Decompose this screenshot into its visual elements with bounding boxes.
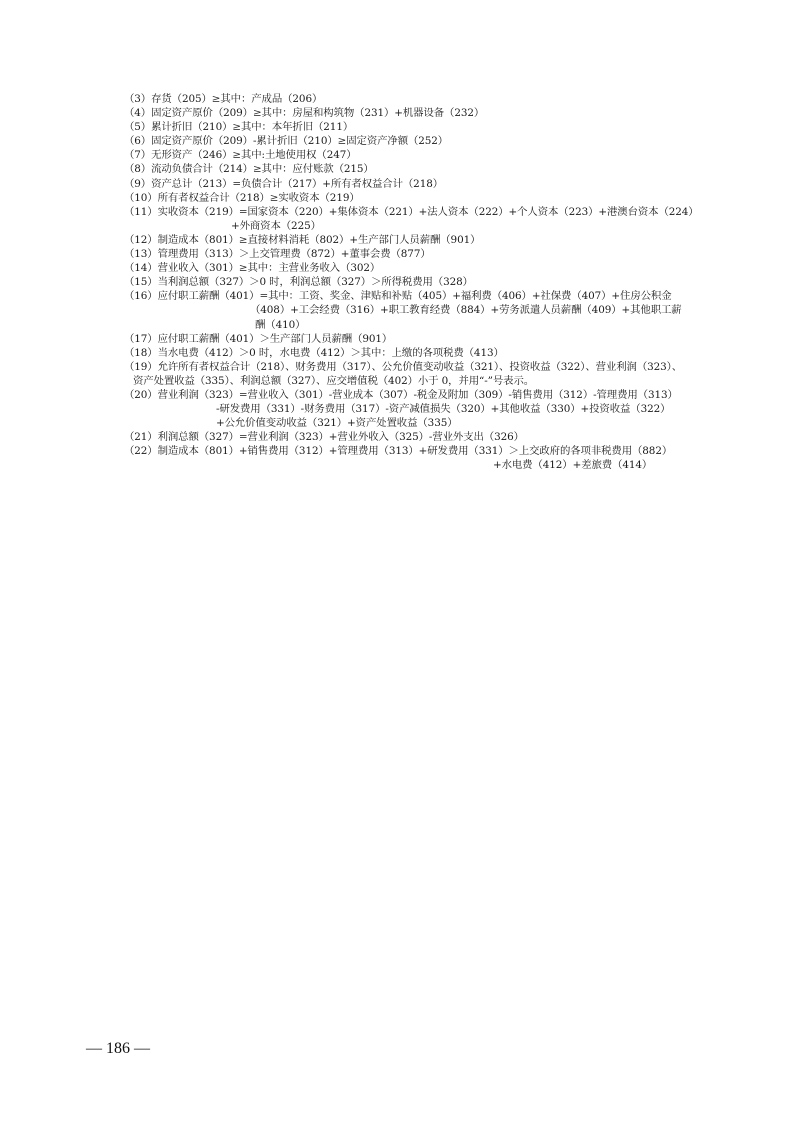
rule-item: （10）所有者权益合计（218）≥实收资本（219） <box>124 191 704 205</box>
rule-text: （21）利润总额（327）=营业利润（323）+营业外收入（325）-营业外支出… <box>124 430 704 444</box>
rule-item: （9）资产总计（213）=负债合计（217）+所有者权益合计（218） <box>124 177 704 191</box>
rule-item: （6）固定资产原价（209）-累计折旧（210）≥固定资产净额（252） <box>124 134 704 148</box>
rule-text: （6）固定资产原价（209）-累计折旧（210）≥固定资产净额（252） <box>124 134 704 148</box>
rule-item: （7）无形资产（246）≥其中:土地使用权（247） <box>124 148 704 162</box>
rule-text: （14）营业收入（301）≥其中：主营业务收入（302） <box>124 261 704 275</box>
rule-text: （17）应付职工薪酬（401）＞生产部门人员薪酬（901） <box>124 332 704 346</box>
rule-text: （13）管理费用（313）＞上交管理费（872）+董事会费（877） <box>124 247 704 261</box>
rule-text: （4）固定资产原价（209）≥其中：房屋和构筑物（231）+机器设备（232） <box>124 106 704 120</box>
rule-item: （13）管理费用（313）＞上交管理费（872）+董事会费（877） <box>124 247 704 261</box>
rule-text: （5）累计折旧（210）≥其中：本年折旧（211） <box>124 120 704 134</box>
rule-text: （18）当水电费（412）＞0 时，水电费（412）＞其中：上缴的各项税费（41… <box>124 346 704 360</box>
rules-list: （3）存货（205）≥其中：产成品（206）（4）固定资产原价（209）≥其中：… <box>124 92 704 473</box>
rule-item: （8）流动负债合计（214）≥其中：应付账款（215） <box>124 162 704 176</box>
rule-item: （4）固定资产原价（209）≥其中：房屋和构筑物（231）+机器设备（232） <box>124 106 704 120</box>
rule-item: （3）存货（205）≥其中：产成品（206） <box>124 92 704 106</box>
rule-item: （11）实收资本（219）=国家资本（220）+集体资本（221）+法人资本（2… <box>124 205 704 233</box>
rule-text: （11）实收资本（219）=国家资本（220）+集体资本（221）+法人资本（2… <box>124 205 704 219</box>
rule-text: （20）营业利润（323）=营业收入（301）-营业成本（307）-税金及附加（… <box>124 388 704 402</box>
rule-text-continuation: -研发费用（331）-财务费用（317）-资产减值损失（320）+其他收益（33… <box>124 402 704 416</box>
rule-text: （8）流动负债合计（214）≥其中：应付账款（215） <box>124 162 704 176</box>
rule-text-continuation: （408）+工会经费（316）+职工教育经费（884）+劳务派遣人员薪酬（409… <box>124 303 704 317</box>
rule-item: （19）允许所有者权益合计（218）、财务费用（317）、公允价值变动收益（32… <box>124 360 704 388</box>
rule-item: （17）应付职工薪酬（401）＞生产部门人员薪酬（901） <box>124 332 704 346</box>
rule-text: （15）当利润总额（327）＞0 时，利润总额（327）＞所得税费用（328） <box>124 275 704 289</box>
rule-item: （14）营业收入（301）≥其中：主营业务收入（302） <box>124 261 704 275</box>
rule-text: （10）所有者权益合计（218）≥实收资本（219） <box>124 191 704 205</box>
rule-text: （12）制造成本（801）≥直接材料消耗（802）+生产部门人员薪酬（901） <box>124 233 704 247</box>
rule-text-continuation: +外商资本（225） <box>124 219 704 233</box>
rule-text-continuation: 酬（410） <box>124 318 704 332</box>
rule-text: （16）应付职工薪酬（401）=其中：工资、奖金、津贴和补贴（405）+福利费（… <box>124 289 704 303</box>
rule-text-continuation: 资产处置收益（335）、利润总额（327）、应交增值税（402）小于 0，并用“… <box>124 374 704 388</box>
rule-item: （12）制造成本（801）≥直接材料消耗（802）+生产部门人员薪酬（901） <box>124 233 704 247</box>
rule-text: （7）无形资产（246）≥其中:土地使用权（247） <box>124 148 704 162</box>
rule-text-continuation: +水电费（412）+差旅费（414） <box>124 458 704 472</box>
rule-item: （22）制造成本（801）+销售费用（312）+管理费用（313）+研发费用（3… <box>124 444 704 472</box>
rule-text: （9）资产总计（213）=负债合计（217）+所有者权益合计（218） <box>124 177 704 191</box>
rule-item: （21）利润总额（327）=营业利润（323）+营业外收入（325）-营业外支出… <box>124 430 704 444</box>
rule-text-continuation: +公允价值变动收益（321）+资产处置收益（335） <box>124 416 704 430</box>
rule-text: （22）制造成本（801）+销售费用（312）+管理费用（313）+研发费用（3… <box>124 444 704 458</box>
rule-item: （16）应付职工薪酬（401）=其中：工资、奖金、津贴和补贴（405）+福利费（… <box>124 289 704 331</box>
rule-text: （19）允许所有者权益合计（218）、财务费用（317）、公允价值变动收益（32… <box>124 360 704 374</box>
rule-text: （3）存货（205）≥其中：产成品（206） <box>124 92 704 106</box>
rule-item: （15）当利润总额（327）＞0 时，利润总额（327）＞所得税费用（328） <box>124 275 704 289</box>
rule-item: （18）当水电费（412）＞0 时，水电费（412）＞其中：上缴的各项税费（41… <box>124 346 704 360</box>
rule-item: （20）营业利润（323）=营业收入（301）-营业成本（307）-税金及附加（… <box>124 388 704 430</box>
page-number: — 186 — <box>86 1040 150 1058</box>
rule-item: （5）累计折旧（210）≥其中：本年折旧（211） <box>124 120 704 134</box>
